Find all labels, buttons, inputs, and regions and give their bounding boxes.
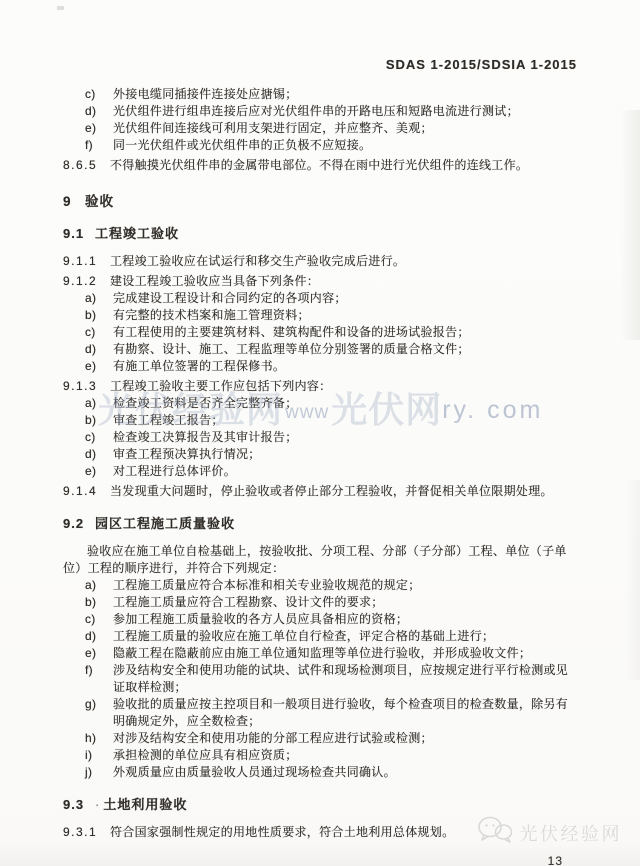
list-item-text: 隐蔽工程在隐蔽前应由施工单位通知监理等单位进行验收，并形成验收文件； [113, 645, 577, 662]
document-content: SDAS 1-2015/SDSIA 1-2015 c) 外接电缆同插接件连接处应… [0, 0, 640, 866]
section-9-2-heading: 9.2 园区工程施工质量验收 [63, 515, 577, 532]
footer-brand-text: 光伏经验网 [520, 820, 623, 846]
clause-number: 8.6.5 [63, 157, 110, 174]
section-9-1-heading: 9.1 工程竣工验收 [63, 225, 577, 242]
list-item: c) 参加工程施工质量验收的各方人员应具备相应的资格； [63, 611, 577, 628]
list-item: b) 审查工程竣工报告； [63, 412, 577, 429]
list-item-text: 承担检测的单位应具有相应资质； [113, 747, 577, 764]
list-item-letter: c) [85, 611, 113, 628]
list-item-letter: g) [85, 696, 113, 730]
list-item-letter: d) [85, 103, 113, 120]
list-item-text: 对涉及结构安全和使用功能的分部工程应进行试验或检测； [113, 730, 577, 747]
list-item: a) 工程施工质量应符合本标准和相关专业验收规范的规定； [63, 577, 577, 594]
list-item-letter: d) [85, 628, 113, 645]
list-item-text: 工程施工质量应符合本标准和相关专业验收规范的规定； [113, 577, 577, 594]
section-number: 9.2 [63, 515, 95, 532]
list-item-letter: e) [85, 645, 113, 662]
list-item-text: 有勘察、设计、施工、工程监理等单位分别签署的质量合格文件； [113, 341, 577, 358]
list-item-letter: e) [85, 120, 113, 137]
list-item: c) 外接电缆同插接件连接处应搪锡； [63, 86, 577, 103]
list-item: f) 同一光伏组件或光伏组件串的正负极不应短接。 [63, 137, 577, 154]
list-item-letter: c) [85, 429, 113, 446]
section-9-3-heading: 9.3 · 土地利用验收 [63, 796, 577, 813]
clause-9-1-2: 9.1.2 建设工程竣工验收应当具备下列条件： [63, 273, 577, 290]
section-title: 园区工程施工质量验收 [95, 515, 235, 532]
clause-text: 当发现重大问题时，停止验收或者停止部分工程验收，并督促相关单位限期处理。 [110, 483, 577, 500]
chapter-title: 验收 [85, 193, 114, 210]
list-item-text: 有完整的技术档案和施工管理资料； [113, 307, 577, 324]
clause-text: 不得触摸光伏组件串的金属带电部位。不得在雨中进行光伏组件的连线工作。 [110, 157, 577, 174]
list-item-letter: b) [85, 307, 113, 324]
list-item: f) 涉及结构安全和使用功能的试块、试件和现场检测项目，应按规定进行平行检测或见… [63, 662, 577, 696]
clause-text: 工程竣工验收应在试运行和移交生产验收完成后进行。 [110, 253, 577, 270]
clause-8-6-5: 8.6.5 不得触摸光伏组件串的金属带电部位。不得在雨中进行光伏组件的连线工作。 [63, 157, 577, 174]
list-item-letter: b) [85, 412, 113, 429]
page-number: 13 [63, 853, 577, 866]
list-item-text: 外观质量应由质量验收人员通过现场检查共同确认。 [113, 764, 577, 781]
list-item-letter: b) [85, 594, 113, 611]
list-item-text: 参加工程施工质量验收的各方人员应具备相应的资格； [113, 611, 577, 628]
standard-code-header: SDAS 1-2015/SDSIA 1-2015 [63, 56, 577, 73]
list-item-letter: c) [85, 86, 113, 103]
list-item: c) 有工程使用的主要建筑材料、建筑构配件和设备的进场试验报告； [63, 324, 577, 341]
list-item-letter: e) [85, 463, 113, 480]
list-item-text: 有工程使用的主要建筑材料、建筑构配件和设备的进场试验报告； [113, 324, 577, 341]
clause-number: 9.3.1 [63, 824, 110, 841]
section-number: 9.1 [63, 225, 95, 242]
section-title: 工程竣工验收 [95, 225, 179, 242]
list-item: j) 外观质量应由质量验收人员通过现场检查共同确认。 [63, 764, 577, 781]
list-item: e) 隐蔽工程在隐蔽前应由施工单位通知监理等单位进行验收，并形成验收文件； [63, 645, 577, 662]
list-item: i) 承担检测的单位应具有相应资质； [63, 747, 577, 764]
scanned-document-page: SDAS 1-2015/SDSIA 1-2015 c) 外接电缆同插接件连接处应… [0, 0, 640, 866]
list-item: e) 有施工单位签署的工程保修书。 [63, 358, 577, 375]
section-title: 土地利用验收 [103, 796, 187, 813]
list-item: d) 光伏组件进行组串连接后应对光伏组件串的开路电压和短路电流进行测试； [63, 103, 577, 120]
list-item-letter: d) [85, 341, 113, 358]
list-item-letter: a) [85, 577, 113, 594]
list-item-letter: f) [85, 137, 113, 154]
clause-text: 工程竣工验收主要工作应包括下列内容： [110, 378, 577, 395]
footer-brand: 光伏经验网 [477, 815, 623, 850]
list-item-text: 对工程进行总体评价。 [113, 463, 577, 480]
list-item: b) 有完整的技术档案和施工管理资料； [63, 307, 577, 324]
list-item-letter: i) [85, 747, 113, 764]
list-item-letter: f) [85, 662, 113, 696]
list-item-text: 检查竣工资料是否齐全完整齐备； [113, 395, 577, 412]
chapter-9-heading: 9 验收 [63, 193, 577, 210]
clause-number: 9.1.3 [63, 378, 110, 395]
list-item-text: 完成建设工程设计和合同约定的各项内容； [113, 290, 577, 307]
list-item-letter: a) [85, 290, 113, 307]
list-item-letter: e) [85, 358, 113, 375]
list-item-letter: j) [85, 764, 113, 781]
scan-dot-artifact: · [95, 796, 100, 813]
list-item: h) 对涉及结构安全和使用功能的分部工程应进行试验或检测； [63, 730, 577, 747]
list-item-text: 审查工程预决算执行情况； [113, 446, 577, 463]
clause-number: 9.1.1 [63, 253, 110, 270]
list-item: c) 检查竣工决算报告及其审计报告； [63, 429, 577, 446]
list-item-text: 光伏组件间连接线可利用支架进行固定，并应整齐、美观； [113, 120, 577, 137]
list-item-text: 工程施工质量的验收应在施工单位自行检查，评定合格的基础上进行； [113, 628, 577, 645]
list-item-text: 工程施工质量应符合工程勘察、设计文件的要求； [113, 594, 577, 611]
wechat-icon [477, 815, 513, 850]
list-item-letter: h) [85, 730, 113, 747]
list-item: d) 工程施工质量的验收应在施工单位自行检查，评定合格的基础上进行； [63, 628, 577, 645]
list-item-text: 检查竣工决算报告及其审计报告； [113, 429, 577, 446]
list-item-text: 有施工单位签署的工程保修书。 [113, 358, 577, 375]
list-item: g) 验收批的质量应按主控项目和一般项目进行验收，每个检查项目的检查数量，除另有… [63, 696, 577, 730]
list-item-text: 光伏组件进行组串连接后应对光伏组件串的开路电压和短路电流进行测试； [113, 103, 577, 120]
list-item-letter: d) [85, 446, 113, 463]
list-item-text: 涉及结构安全和使用功能的试块、试件和现场检测项目，应按规定进行平行检测或见证取样… [113, 662, 577, 696]
list-item: b) 工程施工质量应符合工程勘察、设计文件的要求； [63, 594, 577, 611]
list-item-text: 外接电缆同插接件连接处应搪锡； [113, 86, 577, 103]
clause-number: 9.1.4 [63, 483, 110, 500]
list-item-letter: c) [85, 324, 113, 341]
section-9-2-intro: 验收应在施工单位自检基础上，按验收批、分项工程、分部（子分部）工程、单位（子单位… [63, 543, 577, 577]
list-item: a) 检查竣工资料是否齐全完整齐备； [63, 395, 577, 412]
list-item: e) 对工程进行总体评价。 [63, 463, 577, 480]
list-item: a) 完成建设工程设计和合同约定的各项内容； [63, 290, 577, 307]
section-number: 9.3 [63, 796, 95, 813]
clause-9-1-3: 9.1.3 工程竣工验收主要工作应包括下列内容： [63, 378, 577, 395]
list-item: d) 有勘察、设计、施工、工程监理等单位分别签署的质量合格文件； [63, 341, 577, 358]
clause-9-1-4: 9.1.4 当发现重大问题时，停止验收或者停止部分工程验收，并督促相关单位限期处… [63, 483, 577, 500]
list-item: d) 审查工程预决算执行情况； [63, 446, 577, 463]
list-item-text: 验收批的质量应按主控项目和一般项目进行验收，每个检查项目的检查数量，除另有明确规… [113, 696, 577, 730]
list-item-letter: a) [85, 395, 113, 412]
list-item-text: 审查工程竣工报告； [113, 412, 577, 429]
chapter-number: 9 [63, 193, 85, 210]
clause-9-1-1: 9.1.1 工程竣工验收应在试运行和移交生产验收完成后进行。 [63, 253, 577, 270]
list-item-text: 同一光伏组件或光伏组件串的正负极不应短接。 [113, 137, 577, 154]
clause-number: 9.1.2 [63, 273, 110, 290]
clause-text: 建设工程竣工验收应当具备下列条件： [110, 273, 577, 290]
list-item: e) 光伏组件间连接线可利用支架进行固定，并应整齐、美观； [63, 120, 577, 137]
